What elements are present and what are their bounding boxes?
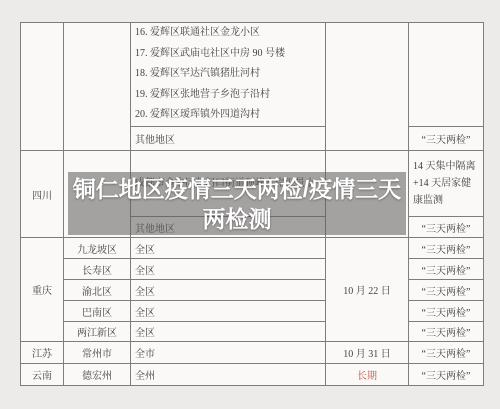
- cell-province-yunnan: 云南: [21, 364, 64, 386]
- cell-area-list: 16. 爱辉区联通社区金龙小区 17. 爱辉区武庙屯社区中房 90 号楼 18.…: [131, 23, 326, 127]
- cell-other-area: 其他地区: [131, 127, 326, 151]
- cell-city: 常州市: [64, 342, 131, 364]
- cell-district: 长寿区: [64, 259, 131, 280]
- cell-province-chongqing: 重庆: [21, 238, 64, 342]
- cell-province-empty: [21, 23, 64, 151]
- cell-district: 巴南区: [64, 301, 131, 322]
- cell-district: 渝北区: [64, 280, 131, 301]
- area-list-item: 17. 爱辉区武庙屯社区中房 90 号楼: [135, 44, 321, 65]
- cell-policy-empty: [409, 23, 484, 127]
- cell-policy: “三天两检”: [409, 342, 484, 364]
- cell-date-empty: [326, 23, 409, 151]
- cell-city-empty: [64, 23, 131, 151]
- cell-policy: “三天两检”: [409, 301, 484, 322]
- cell-scope: 全州: [131, 364, 326, 386]
- area-list-item: 18. 爱辉区罕达汽镇猪肚河村: [135, 64, 321, 85]
- cell-province-jiangsu: 江苏: [21, 342, 64, 364]
- cell-policy: “三天两检”: [409, 217, 484, 238]
- cell-date: 10 月 31 日: [326, 342, 409, 364]
- table-row-chongqing-4: 巴南区 全区 “三天两检”: [21, 301, 484, 322]
- table-row-chongqing-3: 渝北区 全区 “三天两检”: [21, 280, 484, 301]
- table-row-chongqing-2: 长寿区 全区 “三天两检”: [21, 259, 484, 280]
- area-list-item: 20. 爱辉区瑷珲镇外四道沟村: [135, 105, 321, 126]
- cell-scope: 全区: [131, 280, 326, 301]
- table-row-chongqing-5: 两江新区 全区 “三天两检”: [21, 322, 484, 342]
- table-row-chongqing-1: 重庆 九龙坡区 全区 10 月 22 日 “三天两检”: [21, 238, 484, 259]
- cell-policy: “三天两检”: [409, 238, 484, 259]
- area-list-item: 16. 爱辉区联通社区金龙小区: [135, 23, 321, 44]
- title-overlay-caption: 铜仁地区疫情三天两检/疫情三天两检测: [68, 172, 406, 235]
- cell-date-longterm: 长期: [326, 364, 409, 386]
- table-row-heilongjiang-list: 16. 爱辉区联通社区金龙小区 17. 爱辉区武庙屯社区中房 90 号楼 18.…: [21, 23, 484, 127]
- cell-scope: 全区: [131, 322, 326, 342]
- screenshot: 16. 爱辉区联通社区金龙小区 17. 爱辉区武庙屯社区中房 90 号楼 18.…: [0, 0, 500, 409]
- cell-scope: 全区: [131, 259, 326, 280]
- cell-policy: “三天两检”: [409, 127, 484, 151]
- cell-district: 九龙坡区: [64, 238, 131, 259]
- cell-district: 两江新区: [64, 322, 131, 342]
- cell-city: 德宏州: [64, 364, 131, 386]
- cell-province-sichuan: 四川: [21, 151, 64, 238]
- cell-policy: “三天两检”: [409, 364, 484, 386]
- cell-scope: 全区: [131, 238, 326, 259]
- cell-policy: “三天两检”: [409, 322, 484, 342]
- cell-policy-quarantine: 14 天集中隔离+14 天居家健康监测: [409, 151, 484, 217]
- cell-policy: “三天两检”: [409, 280, 484, 301]
- cell-date-chongqing: 10 月 22 日: [326, 238, 409, 342]
- area-list-item: 19. 爱辉区张地营子乡泡子沿村: [135, 85, 321, 106]
- table-row-jiangsu: 江苏 常州市 全市 10 月 31 日 “三天两检”: [21, 342, 484, 364]
- table-row-yunnan: 云南 德宏州 全州 长期 “三天两检”: [21, 364, 484, 386]
- cell-policy: “三天两检”: [409, 259, 484, 280]
- cell-scope: 全区: [131, 301, 326, 322]
- cell-scope: 全市: [131, 342, 326, 364]
